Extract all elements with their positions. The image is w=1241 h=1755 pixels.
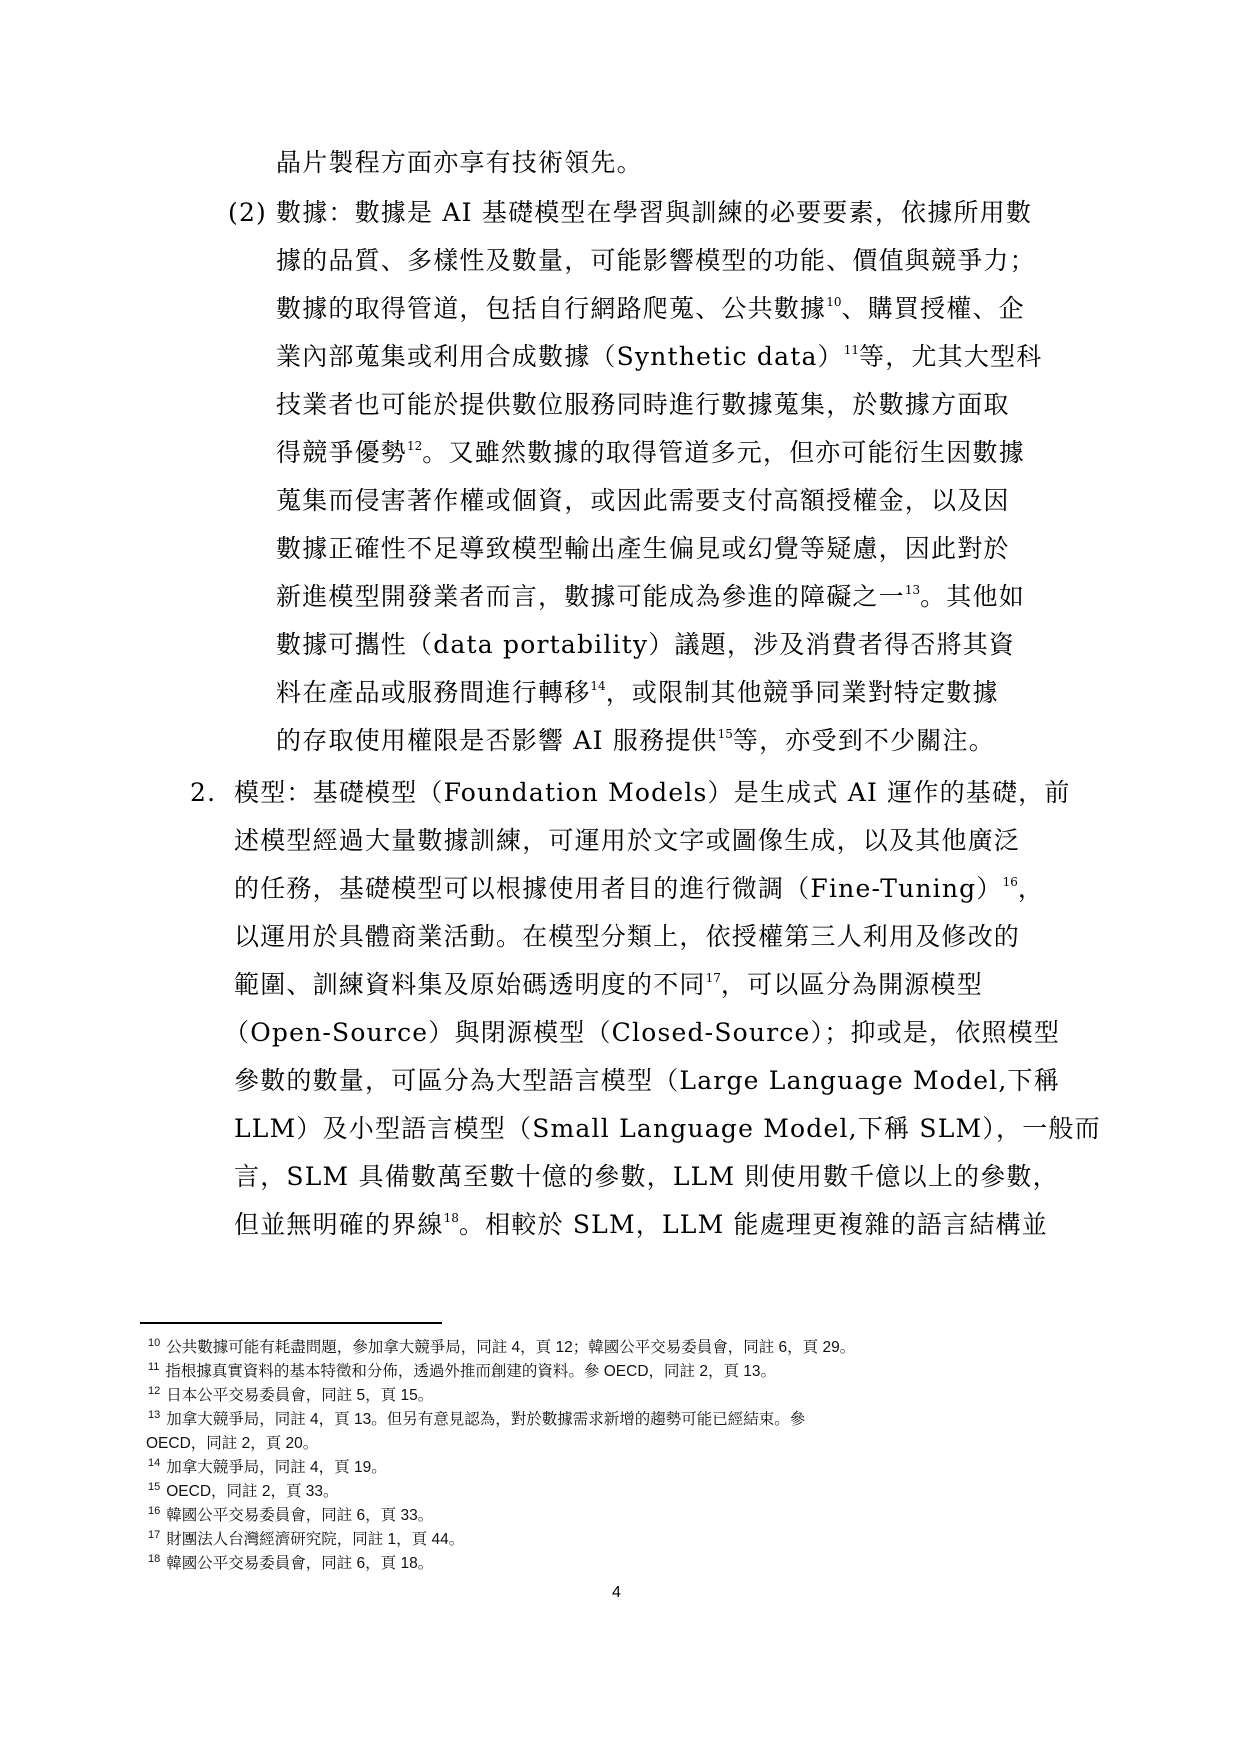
body-line: 技業者也可能於提供數位服務同時進行數據蒐集，於數據方面取 xyxy=(276,390,1010,420)
body-line: 參數的數量，可區分為大型語言模型（Large Language Model,下稱 xyxy=(234,1066,1060,1096)
footnote-text: OECD，同註 2，頁 20。 xyxy=(146,1435,318,1452)
footnote-text: 韓國公平交易委員會，同註 6，頁 33。 xyxy=(166,1507,433,1524)
footnote-number: 14 xyxy=(148,1457,160,1469)
list-label: (2) xyxy=(228,198,276,228)
footnote-12: 12日本公平交易委員會，同註 5，頁 15。 xyxy=(148,1386,433,1406)
body-line: 以運用於具體商業活動。在模型分類上，依授權第三人利用及修改的 xyxy=(234,922,1020,952)
text: 言，SLM 具備數萬至數十億的參數，LLM 則使用數千億以上的參數， xyxy=(234,1162,1059,1191)
footnote-number: 18 xyxy=(148,1553,160,1565)
footnote-number: 11 xyxy=(148,1361,159,1373)
document-page: 晶片製程方面亦享有技術領先。 (2)數據：數據是 AI 基礎模型在學習與訓練的必… xyxy=(0,0,1241,1755)
footnote-ref[interactable]: 11 xyxy=(844,343,859,357)
body-line: 數據正確性不足導致模型輸出產生偏見或幻覺等疑慮，因此對於 xyxy=(276,534,1010,564)
page-number: 4 xyxy=(612,1584,621,1602)
footnote-15: 15OECD，同註 2，頁 33。 xyxy=(148,1482,339,1502)
body-line: 得競爭優勢12。又雖然數據的取得管道多元，但亦可能衍生因數據 xyxy=(276,438,1025,468)
body-line: 範圍、訓練資料集及原始碼透明度的不同17，可以區分為開源模型 xyxy=(234,970,983,1000)
footnote-number: 16 xyxy=(148,1505,160,1517)
text: 但並無明確的界線 xyxy=(234,1210,444,1239)
footnote-ref[interactable]: 17 xyxy=(706,971,721,985)
body-line: 言，SLM 具備數萬至數十億的參數，LLM 則使用數千億以上的參數， xyxy=(234,1162,1059,1192)
text: 新進模型開發業者而言，數據可能成為參進的障礙之一 xyxy=(276,582,905,611)
footnote-separator xyxy=(140,1322,442,1324)
text: 述模型經過大量數據訓練，可運用於文字或圖像生成，以及其他廣泛 xyxy=(234,826,1020,855)
body-line: 的任務，基礎模型可以根據使用者目的進行微調（Fine-Tuning）16， xyxy=(234,874,1044,904)
footnote-text: OECD，同註 2，頁 33。 xyxy=(166,1483,338,1500)
body-line: 晶片製程方面亦享有技術領先。 xyxy=(276,148,643,178)
footnote-11: 11指根據真實資料的基本特徵和分佈，透過外推而創建的資料。參 OECD，同註 2… xyxy=(148,1362,776,1382)
body-line: 述模型經過大量數據訓練，可運用於文字或圖像生成，以及其他廣泛 xyxy=(234,826,1020,856)
body-line: 蒐集而侵害著作權或個資，或因此需要支付高額授權金，以及因 xyxy=(276,486,1010,516)
text: 參數的數量，可區分為大型語言模型（Large Language Model,下稱 xyxy=(234,1066,1060,1095)
text: ，或限制其他競爭同業對特定數據 xyxy=(606,678,999,707)
footnote-ref[interactable]: 14 xyxy=(590,679,605,693)
text: 的存取使用權限是否影響 AI 服務提供 xyxy=(276,726,718,755)
footnote-ref[interactable]: 16 xyxy=(1003,875,1018,889)
text: LLM）及小型語言模型（Small Language Model,下稱 SLM）… xyxy=(234,1114,1101,1143)
text: 模型：基礎模型（Foundation Models）是生成式 AI 運作的基礎，… xyxy=(234,778,1071,807)
text: 。其他如 xyxy=(920,582,1025,611)
body-line: 的存取使用權限是否影響 AI 服務提供15等，亦受到不少關注。 xyxy=(276,726,995,756)
body-line: 但並無明確的界線18。相較於 SLM，LLM 能處理更複雜的語言結構並 xyxy=(234,1210,1048,1240)
text: 料在產品或服務間進行轉移 xyxy=(276,678,590,707)
footnote-ref[interactable]: 13 xyxy=(905,583,920,597)
footnote-14: 14加拿大競爭局，同註 4，頁 19。 xyxy=(148,1458,387,1478)
footnote-text: 指根據真實資料的基本特徵和分佈，透過外推而創建的資料。參 OECD，同註 2，頁… xyxy=(165,1363,776,1380)
text: ，可以區分為開源模型 xyxy=(721,970,983,999)
footnote-number: 17 xyxy=(148,1529,160,1541)
text: 的任務，基礎模型可以根據使用者目的進行微調（Fine-Tuning） xyxy=(234,874,1003,903)
body-line: 2.模型：基礎模型（Foundation Models）是生成式 AI 運作的基… xyxy=(190,778,1071,808)
footnote-number: 15 xyxy=(148,1481,160,1493)
text: 等，亦受到不少關注。 xyxy=(733,726,995,755)
footnote-18: 18韓國公平交易委員會，同註 6，頁 18。 xyxy=(148,1554,433,1574)
text: 數據：數據是 AI 基礎模型在學習與訓練的必要要素，依據所用數 xyxy=(276,198,1032,227)
text: 技業者也可能於提供數位服務同時進行數據蒐集，於數據方面取 xyxy=(276,390,1010,419)
text: 範圍、訓練資料集及原始碼透明度的不同 xyxy=(234,970,706,999)
footnote-text: 韓國公平交易委員會，同註 6，頁 18。 xyxy=(166,1555,433,1572)
body-line: 數據可攜性（data portability）議題，涉及消費者得否將其資 xyxy=(276,630,1015,660)
body-line: （Open-Source）與閉源模型（Closed-Source）；抑或是，依照… xyxy=(224,1018,1060,1048)
body-line: 數據的取得管道，包括自行網路爬蒐、公共數據10、購買授權、企 xyxy=(276,294,1025,324)
body-line: 據的品質、多樣性及數量，可能影響模型的功能、價值與競爭力； xyxy=(276,246,1036,276)
body-line: 新進模型開發業者而言，數據可能成為參進的障礙之一13。其他如 xyxy=(276,582,1025,612)
footnote-number: 10 xyxy=(148,1337,160,1349)
text: （Open-Source）與閉源模型（Closed-Source）；抑或是，依照… xyxy=(224,1018,1060,1047)
body-line: LLM）及小型語言模型（Small Language Model,下稱 SLM）… xyxy=(234,1114,1101,1144)
text: 數據正確性不足導致模型輸出產生偏見或幻覺等疑慮，因此對於 xyxy=(276,534,1010,563)
text: 數據的取得管道，包括自行網路爬蒐、公共數據 xyxy=(276,294,826,323)
text: ， xyxy=(1018,874,1044,903)
footnote-10: 10公共數據可能有耗盡問題，參加拿大競爭局，同註 4，頁 12；韓國公平交易委員… xyxy=(148,1338,855,1358)
text: 、購買授權、企 xyxy=(841,294,1024,323)
footnote-text: 加拿大競爭局，同註 4，頁 19。 xyxy=(166,1459,386,1476)
body-line: 料在產品或服務間進行轉移14，或限制其他競爭同業對特定數據 xyxy=(276,678,999,708)
footnote-number: 12 xyxy=(148,1385,160,1397)
text: 據的品質、多樣性及數量，可能影響模型的功能、價值與競爭力； xyxy=(276,246,1036,275)
footnote-ref[interactable]: 15 xyxy=(718,727,733,741)
text: 等，尤其大型科 xyxy=(859,342,1042,371)
text: 數據可攜性（data portability）議題，涉及消費者得否將其資 xyxy=(276,630,1015,659)
footnote-ref[interactable]: 10 xyxy=(826,295,841,309)
body-line: 業內部蒐集或利用合成數據（Synthetic data）11等，尤其大型科 xyxy=(276,342,1042,372)
list-label: 2. xyxy=(190,778,234,808)
text: 晶片製程方面亦享有技術領先。 xyxy=(276,148,643,177)
text: 得競爭優勢 xyxy=(276,438,407,467)
text: 蒐集而侵害著作權或個資，或因此需要支付高額授權金，以及因 xyxy=(276,486,1010,515)
footnote-text: 公共數據可能有耗盡問題，參加拿大競爭局，同註 4，頁 12；韓國公平交易委員會，… xyxy=(166,1339,855,1356)
footnote-17: 17財團法人台灣經濟研究院，同註 1，頁 44。 xyxy=(148,1530,464,1550)
footnote-text: 財團法人台灣經濟研究院，同註 1，頁 44。 xyxy=(166,1531,464,1548)
footnote-text: 加拿大競爭局，同註 4，頁 13。但另有意見認為，對於數據需求新增的趨勢可能已經… xyxy=(166,1411,805,1428)
footnote-ref[interactable]: 12 xyxy=(407,439,422,453)
text: 業內部蒐集或利用合成數據（Synthetic data） xyxy=(276,342,844,371)
text: 。相較於 SLM，LLM 能處理更複雜的語言結構並 xyxy=(459,1210,1048,1239)
footnote-number: 13 xyxy=(148,1409,160,1421)
text: 。又雖然數據的取得管道多元，但亦可能衍生因數據 xyxy=(422,438,1025,467)
text: 以運用於具體商業活動。在模型分類上，依授權第三人利用及修改的 xyxy=(234,922,1020,951)
footnote-text: 日本公平交易委員會，同註 5，頁 15。 xyxy=(166,1387,433,1404)
body-line: (2)數據：數據是 AI 基礎模型在學習與訓練的必要要素，依據所用數 xyxy=(228,198,1032,228)
footnote-ref[interactable]: 18 xyxy=(444,1211,459,1225)
footnote-13: 13加拿大競爭局，同註 4，頁 13。但另有意見認為，對於數據需求新增的趨勢可能… xyxy=(148,1410,805,1430)
footnote-16: 16韓國公平交易委員會，同註 6，頁 33。 xyxy=(148,1506,433,1526)
footnote-13-continued: OECD，同註 2，頁 20。 xyxy=(146,1434,318,1454)
